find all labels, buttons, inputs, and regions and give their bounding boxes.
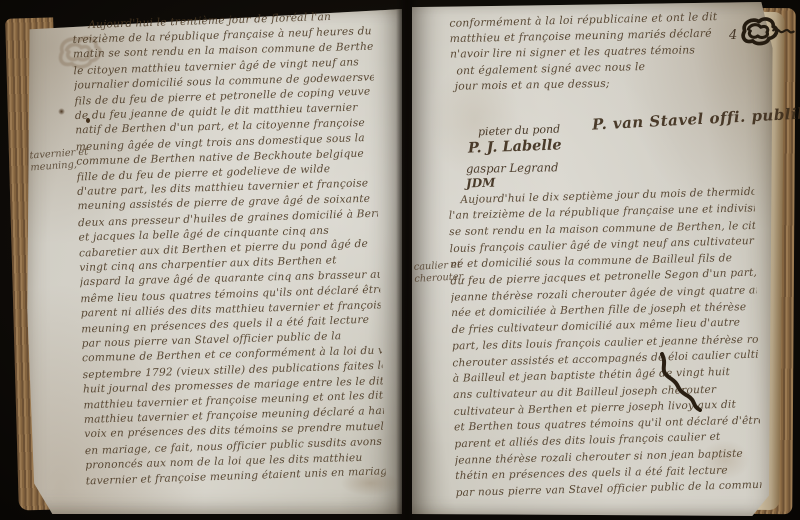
ink-seal-scribble-icon bbox=[736, 8, 798, 54]
left-margin-note: tavernier et meuning, bbox=[29, 146, 102, 175]
right-page-act-text: Aujourd'hui le dix septième jour du mois… bbox=[448, 184, 761, 501]
left-page-act-text: Aujourd'hui le trentième jour de floréal… bbox=[72, 9, 386, 489]
ink-swash-stroke-icon bbox=[648, 352, 712, 412]
signature-legrand: gaspar Legrand bbox=[466, 160, 559, 176]
manuscript-photo: Aujourd'hui le trentième jour de floréal… bbox=[0, 0, 800, 520]
signature-monogram: JDM bbox=[466, 175, 496, 190]
right-margin-note: caulier et cherouter, bbox=[413, 258, 486, 286]
closing-paragraph: conformément à la loi républicaine et on… bbox=[449, 9, 751, 95]
signature-labelle: P. J. Labelle bbox=[468, 136, 562, 156]
